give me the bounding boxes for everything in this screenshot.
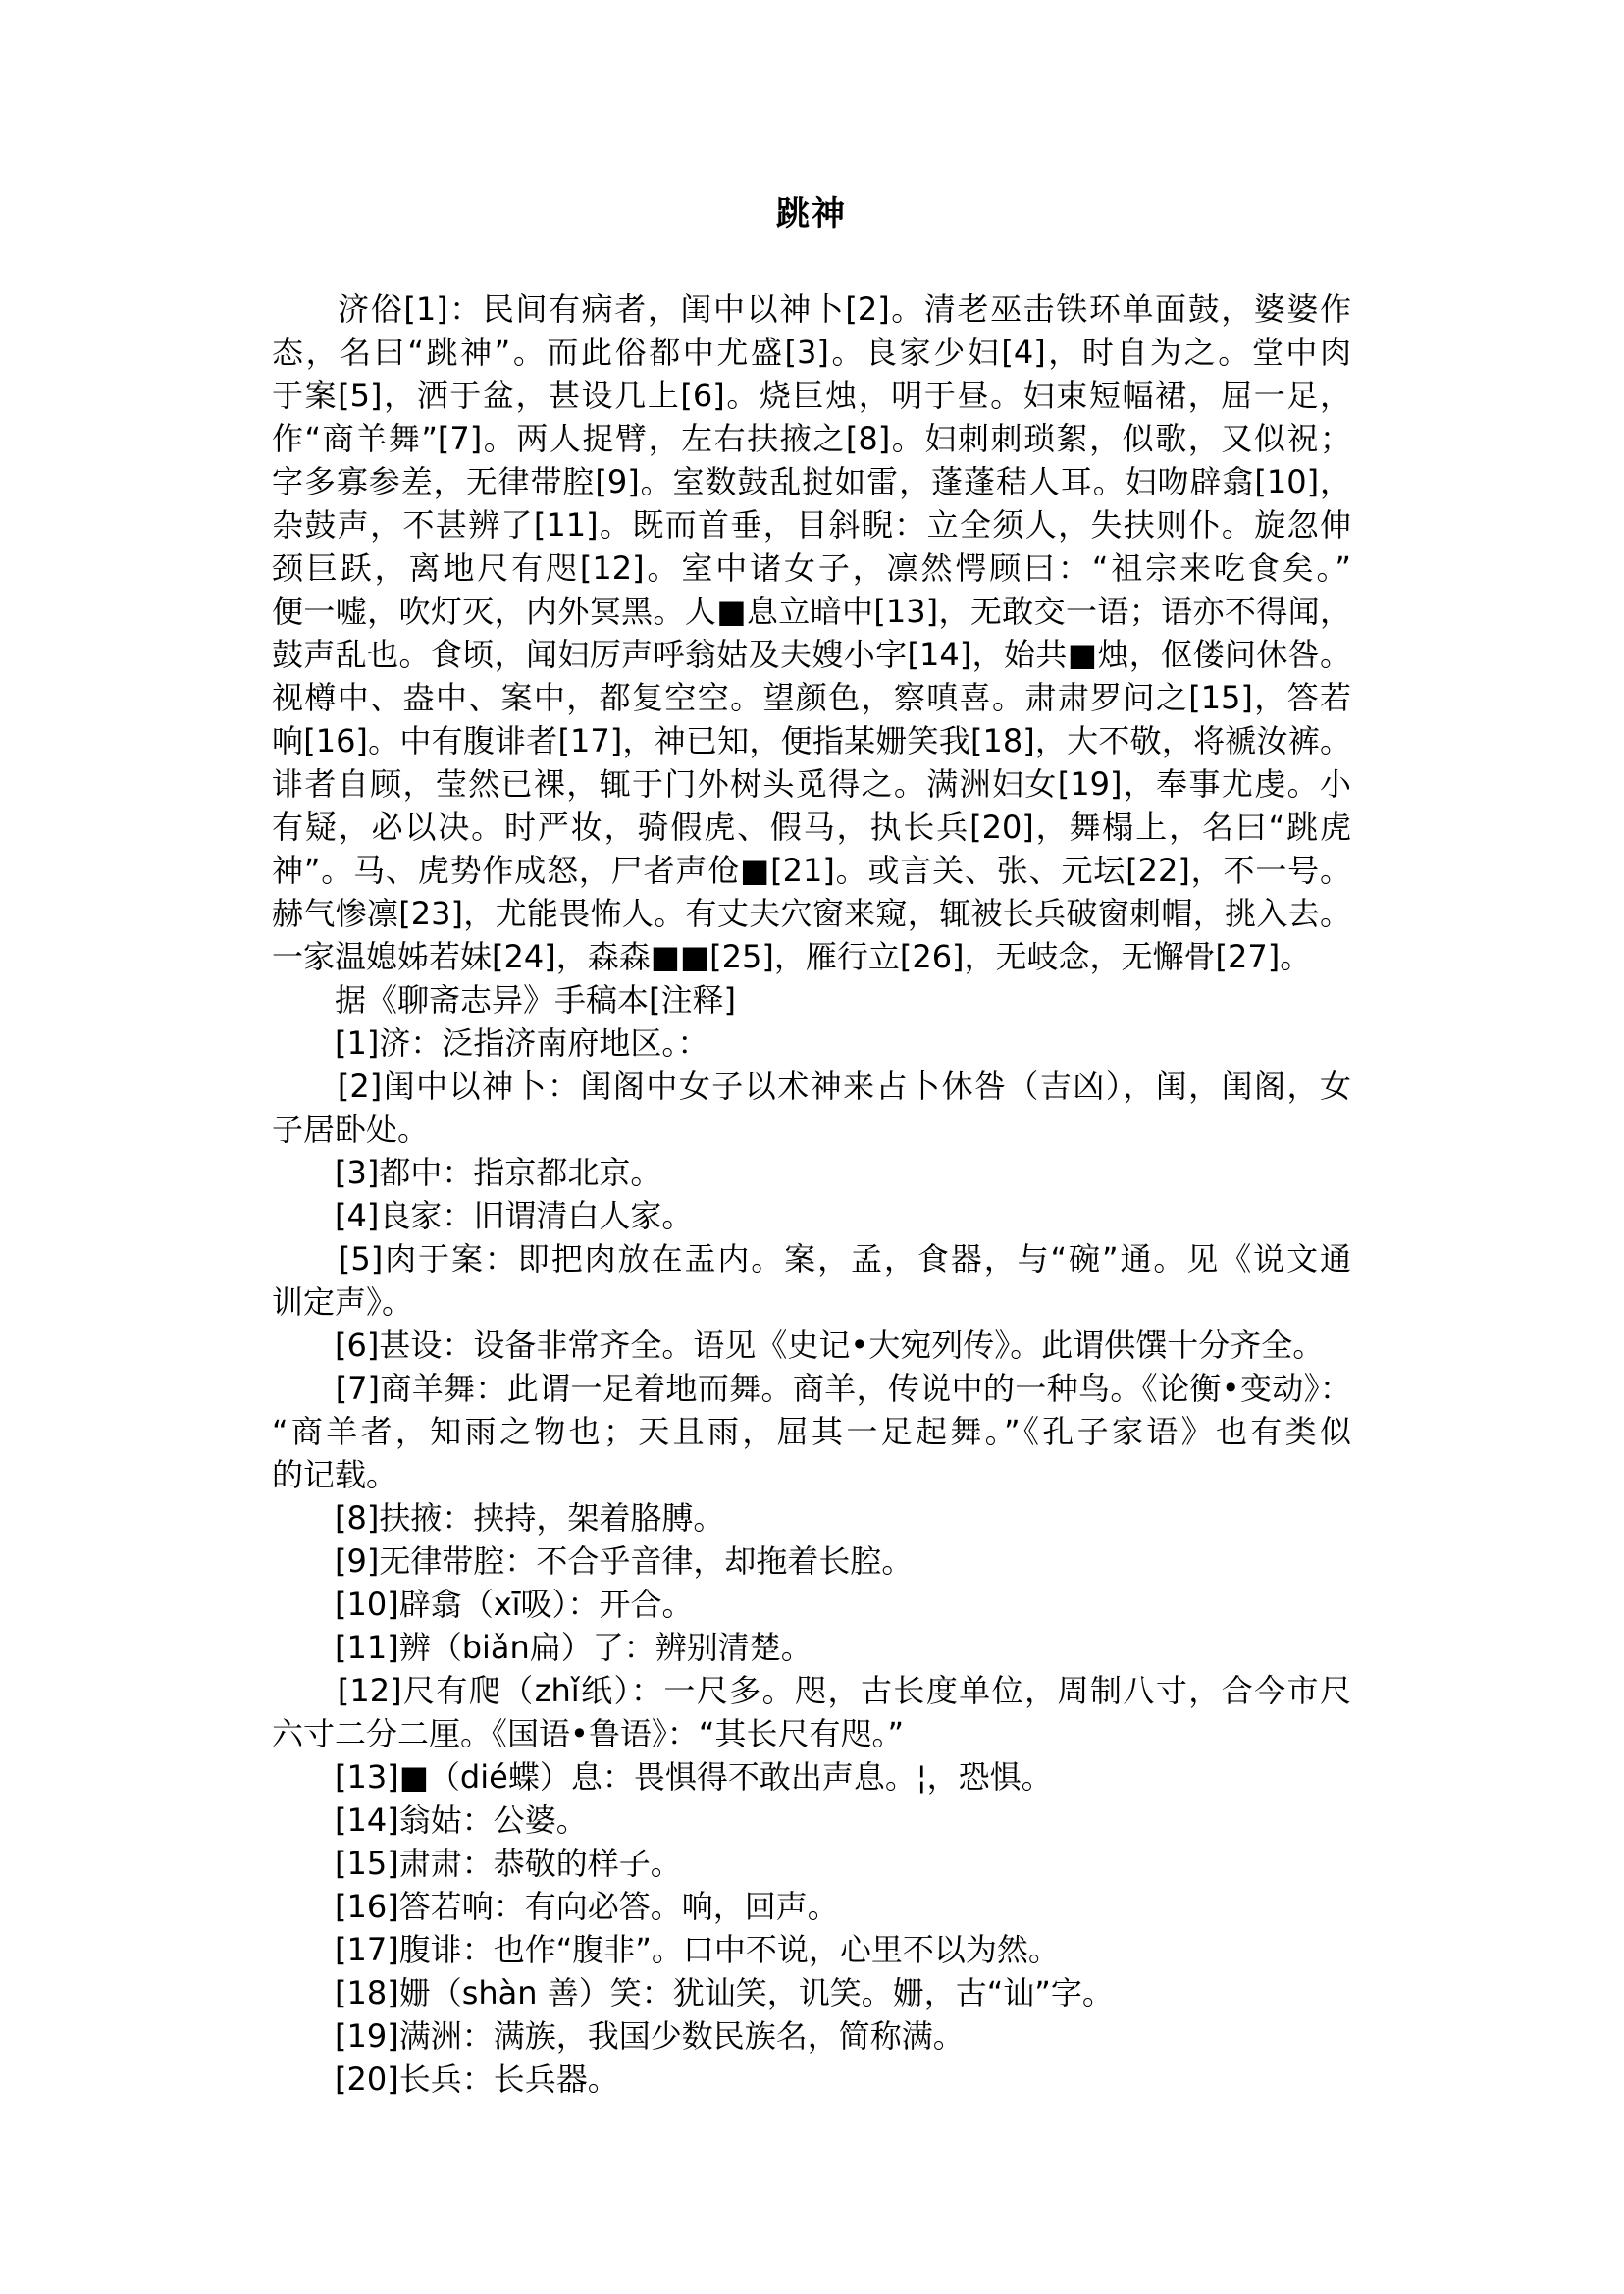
text-line: [6]甚设：设备非常齐全。语见《史记•大宛列传》。此谓供馔十分齐全。	[272, 1324, 1351, 1367]
text-line: [5]肉于案：即把肉放在盂内。案，孟，食器，与“碗”通。见《说文通	[272, 1237, 1351, 1280]
paragraph: [17]腹诽：也作“腹非”。口中不说，心里不以为然。	[272, 1928, 1351, 1971]
text-line: 赫气惨凛[23]，尤能畏怖人。有丈夫穴窗来窥，辄被长兵破窗刺帽，挑入去。	[272, 892, 1351, 935]
text-line: [9]无律带腔：不合乎音律，却拖着长腔。	[272, 1539, 1351, 1583]
paragraph: [5]肉于案：即把肉放在盂内。案，孟，食器，与“碗”通。见《说文通训定声》。	[272, 1237, 1351, 1324]
document-body: 济俗[1]：民间有病者，闺中以神卜[2]。清老巫击铁环单面鼓，婆婆作态，名曰“跳…	[272, 287, 1351, 2101]
text-line: 训定声》。	[272, 1280, 1351, 1324]
text-line: 态，名曰“跳神”。而此俗都中尤盛[3]。良家少妇[4]，时自为之。堂中肉	[272, 331, 1351, 374]
text-line: [10]辟翕（xī吸）：开合。	[272, 1583, 1351, 1626]
paragraph: [20]长兵：长兵器。	[272, 2058, 1351, 2101]
text-line: [15]肃肃：恭敬的样子。	[272, 1842, 1351, 1885]
paragraph: [14]翁姑：公婆。	[272, 1799, 1351, 1842]
text-line: [12]尺有爬（zhǐ纸）：一尺多。咫，古长度单位，周制八寸，合今市尺	[272, 1669, 1351, 1712]
text-line: 诽者自顾，莹然已裸，辄于门外树头觅得之。满洲妇女[19]，奉事尤虔。小	[272, 762, 1351, 806]
paragraph: [1]济：泛指济南府地区。：	[272, 1021, 1351, 1065]
text-line: [7]商羊舞：此谓一足着地而舞。商羊，传说中的一种鸟。《论衡•变动》：	[272, 1367, 1351, 1410]
paragraph: [2]闺中以神卜：闺阁中女子以术神来占卜休咎（吉凶），闺，闺阁，女子居卧处。	[272, 1065, 1351, 1151]
text-line: [14]翁姑：公婆。	[272, 1799, 1351, 1842]
text-line: 响[16]。中有腹诽者[17]，神已知，便指某姗笑我[18]，大不敬，将褫汝裤。	[272, 719, 1351, 762]
text-line: [13]■（dié蝶）息：畏惧得不敢出声息。¦，恐惧。	[272, 1755, 1351, 1799]
text-line: 济俗[1]：民间有病者，闺中以神卜[2]。清老巫击铁环单面鼓，婆婆作	[272, 287, 1351, 331]
text-line: [8]扶掖：挟持，架着胳膊。	[272, 1496, 1351, 1539]
paragraph: [3]都中：指京都北京。	[272, 1151, 1351, 1194]
text-line: 于案[5]，洒于盆，甚设几上[6]。烧巨烛，明于昼。妇束短幅裙，屈一足，	[272, 374, 1351, 417]
paragraph: 据《聊斋志异》手稿本[注释]	[272, 978, 1351, 1021]
document-page: 跳神 济俗[1]：民间有病者，闺中以神卜[2]。清老巫击铁环单面鼓，婆婆作态，名…	[0, 0, 1624, 2294]
text-line: 视樽中、盎中、案中，都复空空。望颜色，察嗔喜。肃肃罗问之[15]，答若	[272, 676, 1351, 719]
paragraph: [10]辟翕（xī吸）：开合。	[272, 1583, 1351, 1626]
paragraph: [4]良家：旧谓清白人家。	[272, 1194, 1351, 1237]
paragraph: [12]尺有爬（zhǐ纸）：一尺多。咫，古长度单位，周制八寸，合今市尺六寸二分二…	[272, 1669, 1351, 1755]
paragraph: [11]辨（biǎn扁）了：辨别清楚。	[272, 1626, 1351, 1669]
text-line: [3]都中：指京都北京。	[272, 1151, 1351, 1194]
text-line: [4]良家：旧谓清白人家。	[272, 1194, 1351, 1237]
paragraph: [13]■（dié蝶）息：畏惧得不敢出声息。¦，恐惧。	[272, 1755, 1351, 1799]
text-line: 神”。马、虎势作成怒，尸者声伧■[21]。或言关、张、元坛[22]，不一号。	[272, 849, 1351, 892]
paragraph: [18]姗（shàn 善）笑：犹讪笑，讥笑。姗，古“讪”字。	[272, 1971, 1351, 2014]
text-line: 六寸二分二厘。《国语•鲁语》：“其长尺有咫。”	[272, 1712, 1351, 1755]
paragraph: [15]肃肃：恭敬的样子。	[272, 1842, 1351, 1885]
document-title: 跳神	[272, 192, 1351, 235]
paragraph: [6]甚设：设备非常齐全。语见《史记•大宛列传》。此谓供馔十分齐全。	[272, 1324, 1351, 1367]
text-line: [17]腹诽：也作“腹非”。口中不说，心里不以为然。	[272, 1928, 1351, 1971]
text-line: 据《聊斋志异》手稿本[注释]	[272, 978, 1351, 1021]
paragraph: [8]扶掖：挟持，架着胳膊。	[272, 1496, 1351, 1539]
text-line: “商羊者，知雨之物也；天且雨，屈其一足起舞。”《孔子家语》也有类似	[272, 1410, 1351, 1453]
text-line: 杂鼓声，不甚辨了[11]。既而首垂，目斜睨：立全须人，失扶则仆。旋忽伸	[272, 503, 1351, 547]
text-line: 作“商羊舞”[7]。两人捉臂，左右扶掖之[8]。妇刺刺琐絮，似歌，又似祝；	[272, 417, 1351, 460]
text-line: 字多寡参差，无律带腔[9]。室数鼓乱挝如雷，蓬蓬秸人耳。妇吻辟翕[10]，	[272, 460, 1351, 503]
text-line: 有疑，必以决。时严妆，骑假虎、假马，执长兵[20]，舞榻上，名曰“跳虎	[272, 806, 1351, 849]
paragraph: [9]无律带腔：不合乎音律，却拖着长腔。	[272, 1539, 1351, 1583]
paragraph: [19]满洲：满族，我国少数民族名，简称满。	[272, 2014, 1351, 2058]
paragraph: [7]商羊舞：此谓一足着地而舞。商羊，传说中的一种鸟。《论衡•变动》：“商羊者，…	[272, 1367, 1351, 1496]
text-line: [18]姗（shàn 善）笑：犹讪笑，讥笑。姗，古“讪”字。	[272, 1971, 1351, 2014]
paragraph: [16]答若响：有向必答。响，回声。	[272, 1885, 1351, 1928]
text-line: 鼓声乱也。食顷，闻妇厉声呼翁姑及夫嫂小字[14]，始共■烛，伛偻问休咎。	[272, 633, 1351, 676]
text-line: [20]长兵：长兵器。	[272, 2058, 1351, 2101]
text-line: [2]闺中以神卜：闺阁中女子以术神来占卜休咎（吉凶），闺，闺阁，女	[272, 1065, 1351, 1108]
text-line: 颈巨跃，离地尺有咫[12]。室中诸女子，凛然愕顾曰：“祖宗来吃食矣。”	[272, 547, 1351, 590]
paragraph: 济俗[1]：民间有病者，闺中以神卜[2]。清老巫击铁环单面鼓，婆婆作态，名曰“跳…	[272, 287, 1351, 978]
text-line: 的记载。	[272, 1453, 1351, 1496]
text-line: [16]答若响：有向必答。响，回声。	[272, 1885, 1351, 1928]
text-line: [1]济：泛指济南府地区。：	[272, 1021, 1351, 1065]
text-line: 一家温媳姊若妹[24]，森森■■[25]，雁行立[26]，无岐念，无懈骨[27]…	[272, 935, 1351, 978]
text-line: [11]辨（biǎn扁）了：辨别清楚。	[272, 1626, 1351, 1669]
text-line: [19]满洲：满族，我国少数民族名，简称满。	[272, 2014, 1351, 2058]
text-line: 便一嘘，吹灯灭，内外冥黑。人■息立暗中[13]，无敢交一语；语亦不得闻，	[272, 590, 1351, 633]
text-line: 子居卧处。	[272, 1108, 1351, 1151]
